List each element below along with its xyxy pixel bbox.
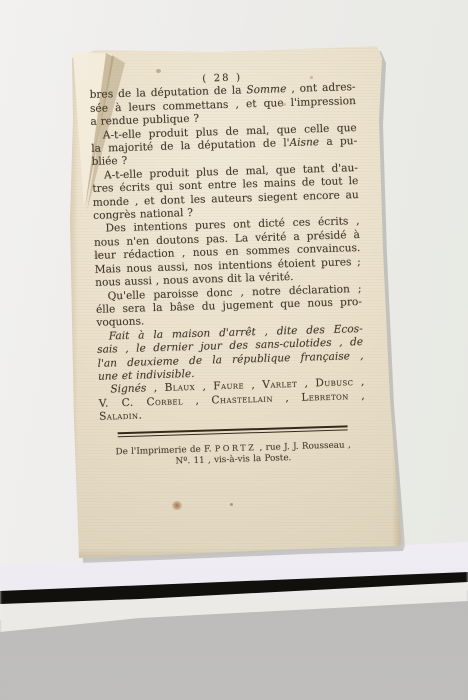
text-segment: Faure	[213, 380, 244, 393]
text-segment: Lebreton	[301, 390, 349, 403]
body-text: bres de la députation de la Somme , ont …	[89, 81, 365, 424]
text-segment: Somme	[246, 84, 286, 97]
text-segment: ,	[273, 392, 302, 405]
text-segment: Dubusc	[315, 377, 353, 390]
text-segment: Signés	[110, 383, 146, 396]
text-segment: ,	[146, 382, 165, 395]
text-segment: a pu-	[319, 135, 357, 148]
text-segment: PORTZ	[215, 442, 257, 453]
text-segment: Varlet	[262, 378, 297, 391]
text-segment: ,	[353, 376, 364, 388]
text-segment: Saladin.	[99, 410, 142, 423]
stain	[172, 501, 182, 510]
text-segment: Chastellain	[211, 392, 273, 406]
text-segment: bliée ?	[91, 155, 127, 168]
page-text: ( 28 ) bres de la députation de la Somme…	[89, 68, 367, 470]
text-segment: ,	[297, 378, 316, 391]
text-segment: voquons.	[96, 316, 144, 329]
photo-of-pamphlet: ( 28 ) bres de la députation de la Somme…	[0, 0, 468, 700]
stain	[230, 503, 233, 506]
text-segment: , ont adres-	[286, 81, 355, 95]
separator-rule	[118, 425, 348, 437]
text-segment: ,	[244, 379, 263, 392]
stain	[156, 69, 161, 73]
text-segment: ,	[349, 390, 365, 402]
text-segment: , rue J. J. Rousseau ,	[256, 440, 351, 453]
text-segment: Blaux	[164, 381, 195, 394]
text-segment: ,	[195, 381, 214, 394]
text-segment: ,	[183, 394, 212, 407]
text-segment: V. C. Corbel	[99, 395, 184, 409]
text-segment: Nº. 11 , vis-à-vis la Poste.	[175, 453, 291, 466]
text-segment: Aisne	[289, 136, 319, 149]
